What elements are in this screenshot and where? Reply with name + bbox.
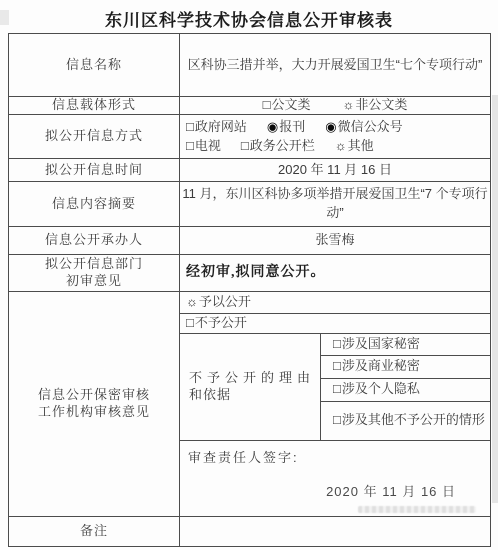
checkbox-icon: □ — [186, 138, 194, 155]
review-approve-label: 予以公开 — [199, 294, 251, 309]
review-deny-option: □不予公开 — [180, 314, 491, 334]
carrier-label: 信息载体形式 — [9, 97, 180, 115]
checkbox-icon: □ — [333, 381, 341, 398]
method-option-wechat-label: 微信公众号 — [338, 119, 403, 134]
review-label-line1: 信息公开保密审核 — [11, 387, 177, 404]
checkbox-icon: □ — [263, 97, 271, 114]
deny-reason-privacy: □涉及个人隐私 — [321, 378, 491, 401]
deny-reason-privacy-label: 涉及个人隐私 — [342, 381, 420, 396]
method-label: 拟公开信息方式 — [9, 115, 180, 159]
checkbox-icon: □ — [333, 358, 341, 375]
method-options: □政府网站 ◉报刊 ◉微信公众号 □电视 □政务公开栏 ☼其他 — [180, 115, 491, 159]
method-option-website: □政府网站 — [186, 119, 247, 136]
review-approve-option: ☼予以公开 — [180, 292, 491, 314]
sun-marker-icon: ☼ — [342, 97, 354, 114]
checkbox-icon: □ — [241, 138, 249, 155]
carrier-option-gongwen: □公文类 — [263, 97, 311, 114]
checkbox-icon: □ — [333, 336, 341, 353]
carrier-option-gongwen-label: 公文类 — [271, 97, 310, 112]
radio-selected-icon: ◉ — [325, 119, 336, 136]
deny-reason-business-secret-label: 涉及商业秘密 — [342, 358, 420, 373]
signature-area: 审查责任人签字: 2020 年 11 月 16 日 — [180, 440, 491, 516]
method-option-board: □政务公开栏 — [241, 138, 315, 155]
signature-label: 审查责任人签字: — [188, 450, 299, 467]
deny-reason-label: 不予公开的理由 和依据 — [180, 334, 321, 441]
method-option-newspaper: ◉报刊 — [267, 119, 305, 136]
deny-reason-label-line2: 和依据 — [182, 387, 318, 404]
method-option-other: ☼其他 — [335, 138, 374, 155]
remark-label: 备注 — [9, 516, 180, 546]
deny-reason-state-secret-label: 涉及国家秘密 — [342, 336, 420, 351]
method-option-tv-label: 电视 — [195, 138, 221, 153]
info-name-value: 区科协三措并举，大力开展爱国卫生“七个专项行动” — [180, 34, 491, 97]
deny-reason-other-label: 涉及其他不予公开的情形 — [342, 412, 485, 427]
review-deny-label: 不予公开 — [195, 315, 247, 330]
method-option-board-label: 政务公开栏 — [250, 138, 315, 153]
page-title: 东川区科学技术协会信息公开审核表 — [0, 6, 498, 31]
summary-label: 信息内容摘要 — [9, 182, 180, 227]
deny-reason-label-line1: 不予公开的理由 — [182, 370, 318, 387]
carrier-options: □公文类 ☼非公文类 — [180, 97, 491, 115]
deny-reason-state-secret: □涉及国家秘密 — [321, 334, 491, 356]
method-option-newspaper-label: 报刊 — [279, 119, 305, 134]
carrier-option-feigongwen-label: 非公文类 — [355, 97, 407, 112]
checkbox-icon: □ — [333, 411, 341, 430]
review-form-table: 信息名称 区科协三措并举，大力开展爱国卫生“七个专项行动” 信息载体形式 □公文… — [8, 33, 491, 547]
deny-reason-business-secret: □涉及商业秘密 — [321, 355, 491, 378]
preliminary-value: 经初审,拟同意公开。 — [180, 255, 491, 292]
publish-time-value: 2020 年 11 月 16 日 — [180, 159, 491, 182]
deny-reason-other: □涉及其他不予公开的情形 — [321, 401, 491, 440]
preliminary-label-line2: 初审意见 — [11, 273, 177, 290]
signature-date: 2020 年 11 月 16 日 — [326, 484, 456, 501]
method-option-website-label: 政府网站 — [195, 119, 247, 134]
undertaker-label: 信息公开承办人 — [9, 227, 180, 255]
sun-marker-icon: ☼ — [335, 138, 347, 155]
undertaker-value: 张雪梅 — [180, 227, 491, 255]
review-label: 信息公开保密审核 工作机构审核意见 — [9, 292, 180, 517]
sun-marker-icon: ☼ — [186, 294, 198, 311]
method-option-tv: □电视 — [186, 138, 221, 155]
watermark-smudge — [358, 506, 476, 513]
checkbox-icon: □ — [186, 315, 194, 332]
review-label-line2: 工作机构审核意见 — [11, 404, 177, 421]
publish-time-label: 拟公开信息时间 — [9, 159, 180, 182]
preliminary-label: 拟公开信息部门 初审意见 — [9, 255, 180, 292]
scanned-form-page: 东川区科学技术协会信息公开审核表 信息名称 区科协三措并举，大力开展爱国卫生“七… — [0, 0, 498, 550]
method-option-other-label: 其他 — [348, 138, 374, 153]
preliminary-label-line1: 拟公开信息部门 — [11, 256, 177, 273]
remark-value — [180, 516, 491, 546]
checkbox-icon: □ — [186, 119, 194, 136]
scan-artifact-right-edge — [492, 95, 498, 503]
method-option-wechat: ◉微信公众号 — [325, 119, 402, 136]
info-name-label: 信息名称 — [9, 34, 180, 97]
radio-selected-icon: ◉ — [267, 119, 278, 136]
carrier-option-feigongwen: ☼非公文类 — [342, 97, 407, 114]
summary-value: 11 月，东川区科协多项举措开展爱国卫生“7 个专项行动” — [180, 182, 491, 227]
